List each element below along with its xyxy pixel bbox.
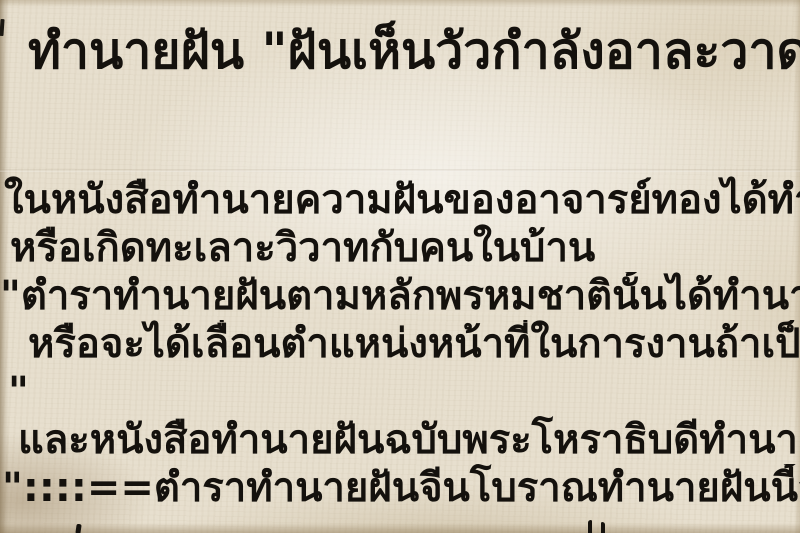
paper-edge-top [0,0,800,7]
body-line: หรือจะได้เลื่อนตำแหน่งหน้าที่ในการงานถ้า… [0,320,800,368]
paper-edge-bottom [0,523,800,533]
body-line: "ตำราทำนายฝันตามหลักพรหมชาตินั้นได้ทำนาย… [0,272,800,320]
clipped-glyph-fragment [601,522,605,533]
paper-seam-line [0,169,800,172]
body-text-block: ในหนังสือทำนายความฝันของอาจารย์ทองได้ทำน… [0,176,800,512]
body-line: และหนังสือทำนายฝันฉบับพระโหราธิบดีทำนายว… [0,416,800,464]
paper-background: ทำนายฝัน "ฝันเห็นวัวกำลังอาละวาด" ในหนัง… [0,0,800,533]
clipped-glyph-fragment [588,520,592,533]
page-title: ทำนายฝัน "ฝันเห็นวัวกำลังอาละวาด" [28,12,800,91]
body-line: " [0,368,800,416]
body-line: ในหนังสือทำนายความฝันของอาจารย์ทองได้ทำน… [0,176,800,224]
body-line: "::::==ตำราทำนายฝันจีนโบราณทำนายฝันนี้ว่… [0,464,800,512]
body-line: หรือเกิดทะเลาะวิวาทกับคนในบ้าน [0,224,800,272]
